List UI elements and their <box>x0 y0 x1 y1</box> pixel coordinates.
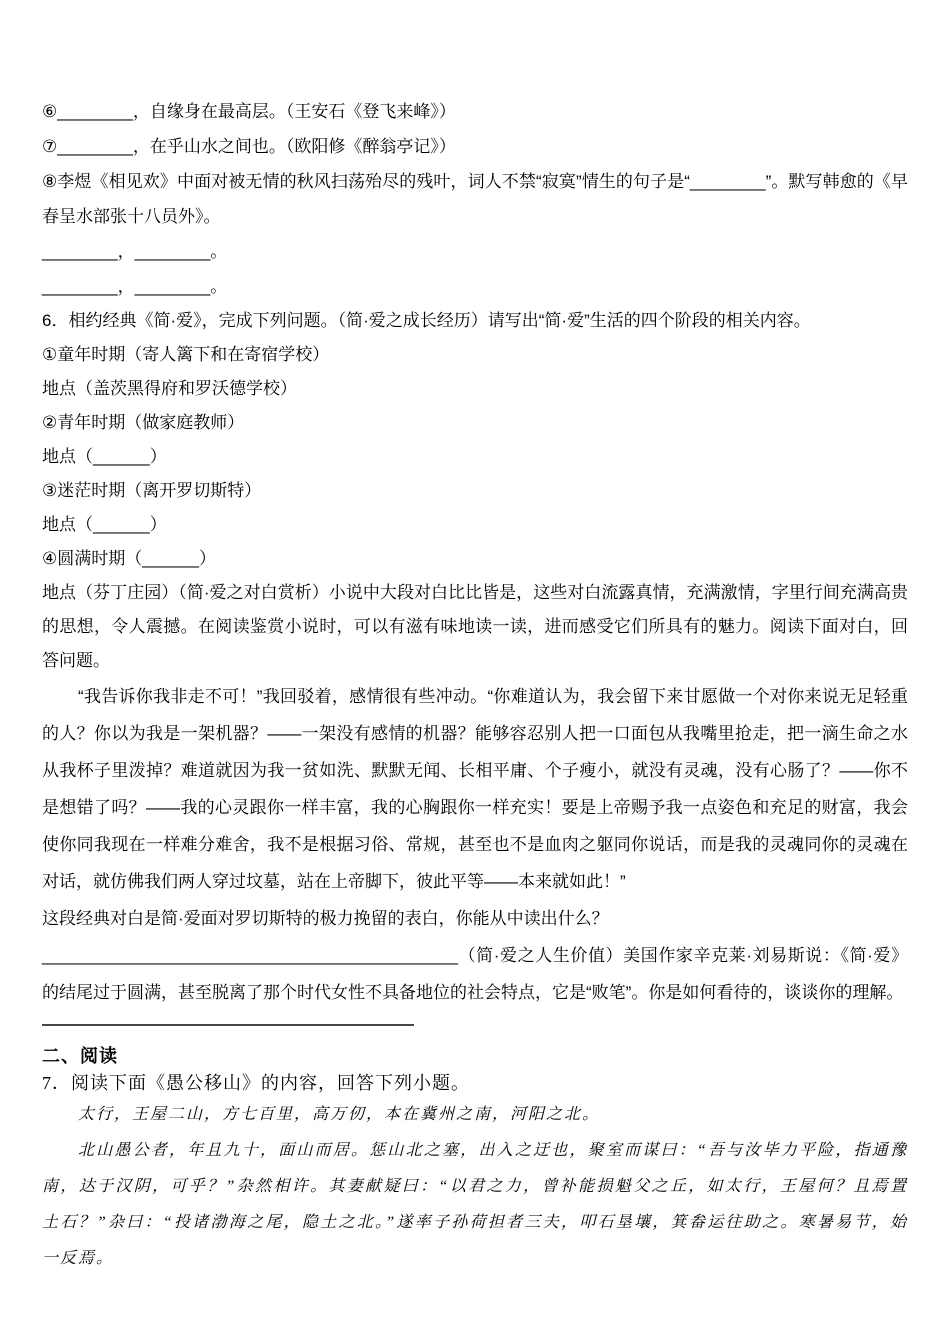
reading-section: 二、阅读 7．阅读下面《愚公移山》的内容，回答下列小题。 太行，王屋二山，方七百… <box>42 1043 908 1277</box>
question-7-prompt: 7．阅读下面《愚公移山》的内容，回答下列小题。 <box>42 1069 908 1097</box>
answer-blank-line <box>42 1024 414 1026</box>
stage-2-label: ②青年时期（做家庭教师） <box>42 406 908 440</box>
blank-item-7: ⑦________，在乎山水之间也。（欧阳修《醉翁亭记》） <box>42 129 908 164</box>
value-question: ________________________________________… <box>42 937 908 1011</box>
blank-item-8: ⑧李煜《相见欢》中面对被无情的秋风扫荡殆尽的残叶，词人不禁“寂寞”情生的句子是“… <box>42 164 908 234</box>
section-header-reading: 二、阅读 <box>42 1043 908 1069</box>
question-6-prompt: 6．相约经典《简·爱》，完成下列问题。（简·爱之成长经历）请写出“简·爱”生活的… <box>42 304 908 338</box>
blank-pair-2: ________，________。 <box>42 269 908 304</box>
passage-paragraph-1: 太行，王屋二山，方七百里，高万仞，本在冀州之南，河阳之北。 <box>42 1097 908 1133</box>
passage-paragraph-2: 北山愚公者，年且九十，面山而居。惩山北之塞，出入之迂也，聚室而谋曰：“吾与汝毕力… <box>42 1133 908 1277</box>
stage-3-location: 地点（______） <box>42 508 908 542</box>
stage-1-label: ①童年时期（寄人篱下和在寄宿学校） <box>42 338 908 372</box>
blank-item-6: ⑥________，自缘身在最高层。（王安石《登飞来峰》） <box>42 94 908 129</box>
blank-pair-1: ________，________。 <box>42 234 908 269</box>
dialogue-text: “我告诉你我非走不可！”我回驳着，感情很有些冲动。“你难道认为，我会留下来甘愿做… <box>42 678 908 900</box>
fill-in-blanks-section: ⑥________，自缘身在最高层。（王安石《登飞来峰》） ⑦________，… <box>42 94 908 304</box>
stage-1-location: 地点（盖茨黑得府和罗沃德学校） <box>42 372 908 406</box>
dialogue-intro: 地点（芬丁庄园）（简·爱之对白赏析）小说中大段对白比比皆是，这些对白流露真情，充… <box>42 576 908 678</box>
stage-3-label: ③迷茫时期（离开罗切斯特） <box>42 474 908 508</box>
stage-2-location: 地点（______） <box>42 440 908 474</box>
exam-page: ⑥________，自缘身在最高层。（王安石《登飞来峰》） ⑦________，… <box>0 0 950 1344</box>
dialogue-section: “我告诉你我非走不可！”我回驳着，感情很有些冲动。“你难道认为，我会留下来甘愿做… <box>42 678 908 1011</box>
stage-4-label: ④圆满时期（______） <box>42 542 908 576</box>
question-6-section: 6．相约经典《简·爱》，完成下列问题。（简·爱之成长经历）请写出“简·爱”生活的… <box>42 304 908 678</box>
dialogue-question: 这段经典对白是简·爱面对罗切斯特的极力挽留的表白，你能从中读出什么？ <box>42 900 908 937</box>
